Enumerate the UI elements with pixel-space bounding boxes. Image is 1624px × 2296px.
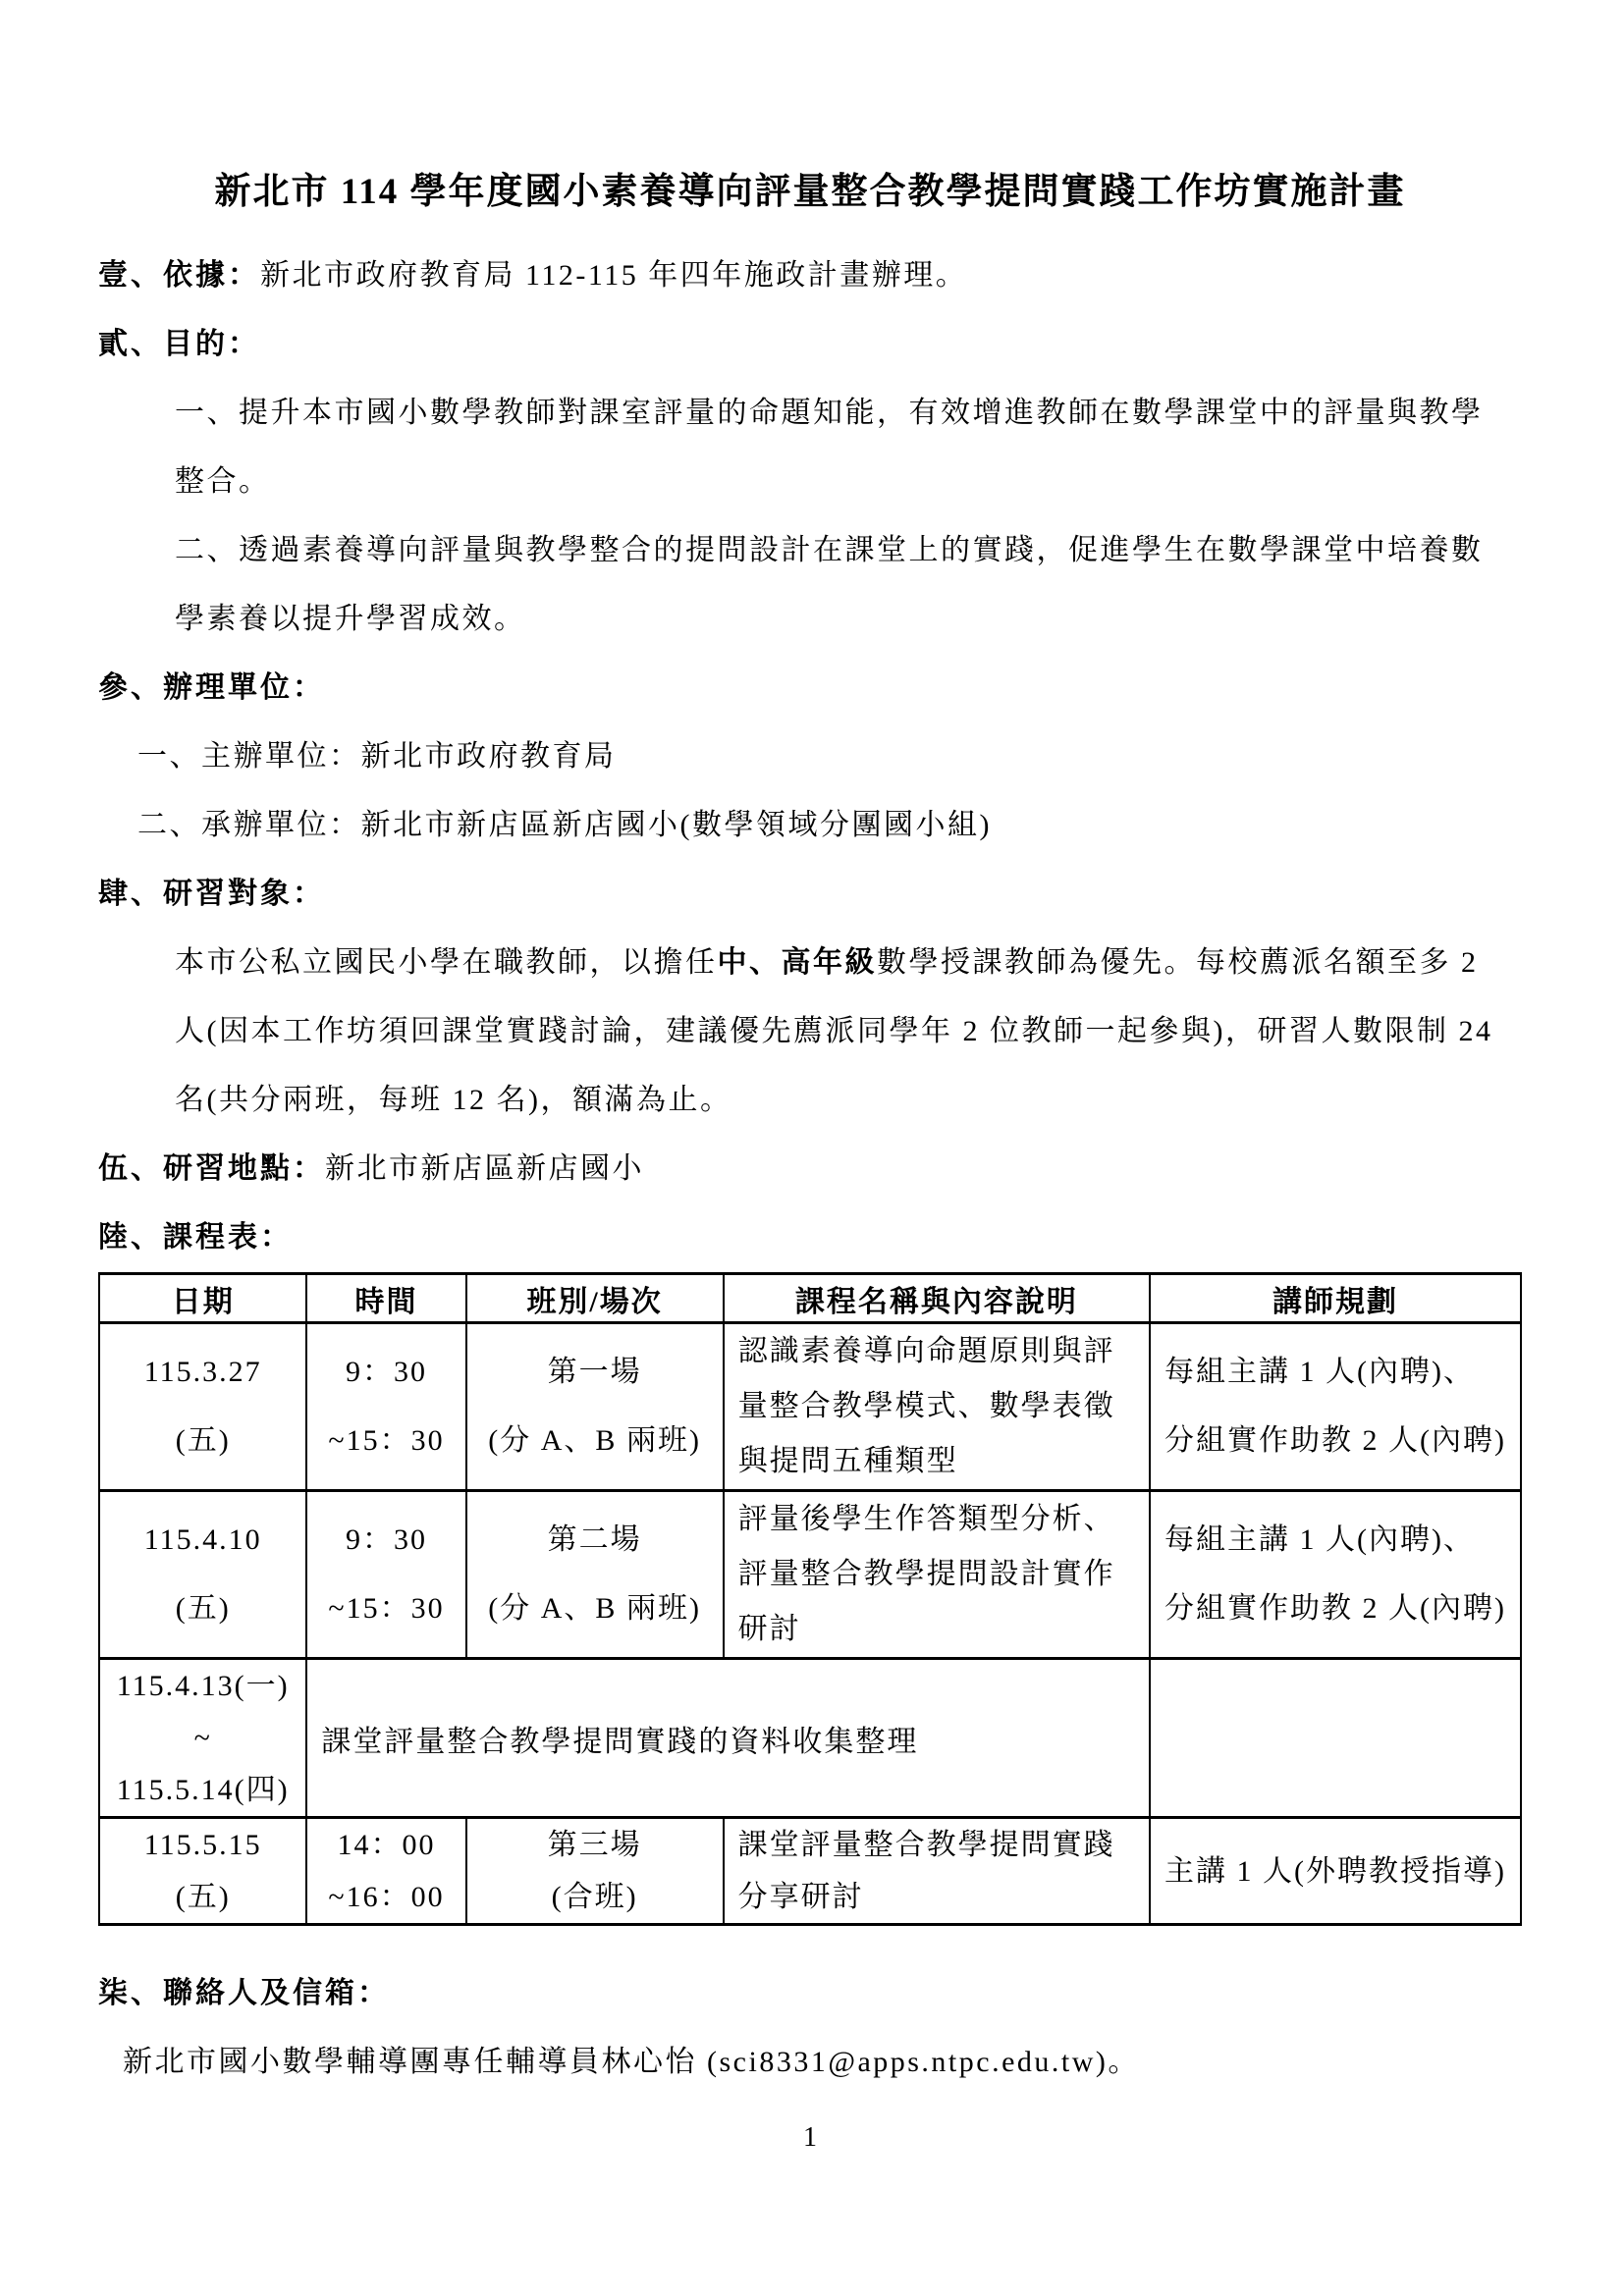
cell-line: (分 A、B 兩班) — [467, 1575, 723, 1643]
cell-line: 9：30 — [307, 1506, 464, 1575]
participants-line-1: 本市公私立國民小學在職教師，以擔任中、高年級數學授課教師為優先。每校薦派名額至多… — [98, 929, 1522, 997]
purpose-item-1-line-2: 整合。 — [98, 448, 1522, 516]
section-contact-heading: 柒、聯絡人及信箱： — [98, 1977, 390, 2009]
section-purpose-heading-line: 貳、目的： — [98, 310, 1522, 379]
section-purpose-heading: 貳、目的： — [98, 328, 260, 360]
purpose-item-2-line-1: 二、透過素養導向評量與教學整合的提問設計在課堂上的實踐，促進學生在數學課堂中培養… — [98, 516, 1522, 585]
cell-session: 第三場 (合班) — [466, 1818, 724, 1925]
schedule-row-session1: 115.3.27 (五) 9：30 ~15：30 第一場 (分 A、B 兩班) … — [99, 1323, 1521, 1491]
page-number: 1 — [98, 2122, 1522, 2154]
col-header-date: 日期 — [99, 1274, 306, 1323]
section-schedule-heading: 陸、課程表： — [98, 1221, 293, 1254]
cell-line: (五) — [100, 1407, 305, 1475]
cell-activity-merged: 課堂評量整合教學提問實踐的資料收集整理 — [306, 1659, 1150, 1818]
section-basis: 壹、依據：新北市政府教育局 112-115 年四年施政計畫辦理。 — [98, 241, 1522, 310]
cell-line: 分組實作助教 2 人(內聘) — [1164, 1407, 1514, 1475]
cell-instructor: 每組主講 1 人(內聘)、 分組實作助教 2 人(內聘) — [1150, 1491, 1521, 1659]
cell-line: 認識素養導向命題原則與評 — [738, 1324, 1143, 1379]
col-header-course: 課程名稱與內容說明 — [724, 1274, 1150, 1323]
cell-line: 第二場 — [467, 1506, 723, 1575]
purpose-item-1-line-1: 一、提升本市國小數學教師對課室評量的命題知能，有效增進教師在數學課堂中的評量與教… — [98, 379, 1522, 448]
cell-line: 115.4.13(一) — [100, 1660, 305, 1712]
col-header-session: 班別/場次 — [466, 1274, 724, 1323]
section-location: 伍、研習地點：新北市新店區新店國小 — [98, 1135, 1522, 1203]
cell-instructor-empty — [1150, 1659, 1521, 1818]
col-header-instructor: 講師規劃 — [1150, 1274, 1521, 1323]
cell-line: 115.5.14(四) — [100, 1764, 305, 1816]
cell-time: 9：30 ~15：30 — [306, 1491, 465, 1659]
section-basis-text: 新北市政府教育局 112-115 年四年施政計畫辦理。 — [260, 259, 967, 292]
page-title: 新北市 114 學年度國小素養導向評量整合教學提問實踐工作坊實施計畫 — [98, 167, 1522, 218]
section-contact-heading-line: 柒、聯絡人及信箱： — [98, 1959, 1522, 2028]
organizer-item-2: 二、承辦單位：新北市新店區新店國小(數學領域分團國小組) — [98, 791, 1522, 860]
cell-time: 9：30 ~15：30 — [306, 1323, 465, 1491]
contact-line: 新北市國小數學輔導團專任輔導員林心怡 (sci8331@apps.ntpc.ed… — [98, 2028, 1522, 2097]
cell-line: 課堂評量整合教學提問實踐 — [738, 1819, 1143, 1871]
section-location-text: 新北市新店區新店國小 — [325, 1152, 644, 1185]
participants-line-1-bold: 中、高年級 — [718, 946, 878, 979]
schedule-header-row: 日期 時間 班別/場次 課程名稱與內容說明 講師規劃 — [99, 1274, 1521, 1323]
cell-line: 研討 — [738, 1602, 1143, 1657]
cell-line: (分 A、B 兩班) — [467, 1407, 723, 1475]
participants-line-1-post: 數學授課教師為優先。每校薦派名額至多 2 — [877, 946, 1479, 979]
cell-session: 第二場 (分 A、B 兩班) — [466, 1491, 724, 1659]
section-participants-heading: 肆、研習對象： — [98, 878, 325, 910]
cell-date: 115.5.15 (五) — [99, 1818, 306, 1925]
cell-line: ~16：00 — [307, 1871, 464, 1923]
participants-line-3: 名(共分兩班，每班 12 名)，額滿為止。 — [98, 1066, 1522, 1135]
section-organizers-heading-line: 參、辦理單位： — [98, 654, 1522, 722]
cell-line: 評量整合教學提問設計實作 — [738, 1547, 1143, 1602]
participants-line-2: 人(因本工作坊須回課堂實踐討論，建議優先薦派同學年 2 位教師一起參與)，研習人… — [98, 997, 1522, 1066]
section-basis-heading: 壹、依據： — [98, 259, 260, 292]
cell-line: (五) — [100, 1871, 305, 1923]
cell-line: 分享研討 — [738, 1871, 1143, 1923]
cell-line: 每組主講 1 人(內聘)、 — [1164, 1506, 1514, 1575]
section-organizers-heading: 參、辦理單位： — [98, 671, 325, 704]
cell-course: 課堂評量整合教學提問實踐 分享研討 — [724, 1818, 1150, 1925]
cell-line: 14：00 — [307, 1819, 464, 1871]
cell-line: 每組主講 1 人(內聘)、 — [1164, 1338, 1514, 1407]
cell-line: ~15：30 — [307, 1407, 464, 1475]
purpose-item-2-line-2: 學素養以提升學習成效。 — [98, 585, 1522, 654]
cell-date: 115.4.10 (五) — [99, 1491, 306, 1659]
cell-line: 115.5.15 — [100, 1819, 305, 1871]
cell-line: 第一場 — [467, 1338, 723, 1407]
cell-line: 主講 1 人(外聘教授指導) — [1164, 1845, 1514, 1897]
cell-line: 量整合教學模式、數學表徵 — [738, 1379, 1143, 1434]
cell-line: 第三場 — [467, 1819, 723, 1871]
organizer-item-1: 一、主辦單位：新北市政府教育局 — [98, 722, 1522, 791]
cell-instructor: 主講 1 人(外聘教授指導) — [1150, 1818, 1521, 1925]
col-header-time: 時間 — [306, 1274, 465, 1323]
cell-line: 評量後學生作答類型分析、 — [738, 1492, 1143, 1547]
cell-line: (五) — [100, 1575, 305, 1643]
cell-course: 評量後學生作答類型分析、 評量整合教學提問設計實作 研討 — [724, 1491, 1150, 1659]
schedule-row-session2: 115.4.10 (五) 9：30 ~15：30 第二場 (分 A、B 兩班) … — [99, 1491, 1521, 1659]
cell-line: 與提問五種類型 — [738, 1434, 1143, 1489]
cell-line: ~15：30 — [307, 1575, 464, 1643]
cell-line: ~ — [100, 1712, 305, 1764]
cell-line: 課堂評量整合教學提問實踐的資料收集整理 — [321, 1717, 1143, 1760]
section-participants-heading-line: 肆、研習對象： — [98, 860, 1522, 929]
section-location-heading: 伍、研習地點： — [98, 1152, 325, 1185]
cell-instructor: 每組主講 1 人(內聘)、 分組實作助教 2 人(內聘) — [1150, 1323, 1521, 1491]
cell-date: 115.4.13(一) ~ 115.5.14(四) — [99, 1659, 306, 1818]
cell-line: 115.4.10 — [100, 1506, 305, 1575]
cell-line: 分組實作助教 2 人(內聘) — [1164, 1575, 1514, 1643]
cell-course: 認識素養導向命題原則與評 量整合教學模式、數學表徵 與提問五種類型 — [724, 1323, 1150, 1491]
schedule-row-session3: 115.5.15 (五) 14：00 ~16：00 第三場 (合班) 課堂評量整… — [99, 1818, 1521, 1925]
document-page: 新北市 114 學年度國小素養導向評量整合教學提問實踐工作坊實施計畫 壹、依據：… — [0, 0, 1624, 2296]
participants-line-1-pre: 本市公私立國民小學在職教師，以擔任 — [175, 946, 718, 979]
schedule-table: 日期 時間 班別/場次 課程名稱與內容說明 講師規劃 115.3.27 (五) … — [98, 1272, 1522, 1926]
cell-line: 115.3.27 — [100, 1338, 305, 1407]
cell-line: 9：30 — [307, 1338, 464, 1407]
cell-session: 第一場 (分 A、B 兩班) — [466, 1323, 724, 1491]
cell-time: 14：00 ~16：00 — [306, 1818, 465, 1925]
cell-line: (合班) — [467, 1871, 723, 1923]
schedule-row-practice-period: 115.4.13(一) ~ 115.5.14(四) 課堂評量整合教學提問實踐的資… — [99, 1659, 1521, 1818]
cell-date: 115.3.27 (五) — [99, 1323, 306, 1491]
section-schedule-heading-line: 陸、課程表： — [98, 1203, 1522, 1272]
